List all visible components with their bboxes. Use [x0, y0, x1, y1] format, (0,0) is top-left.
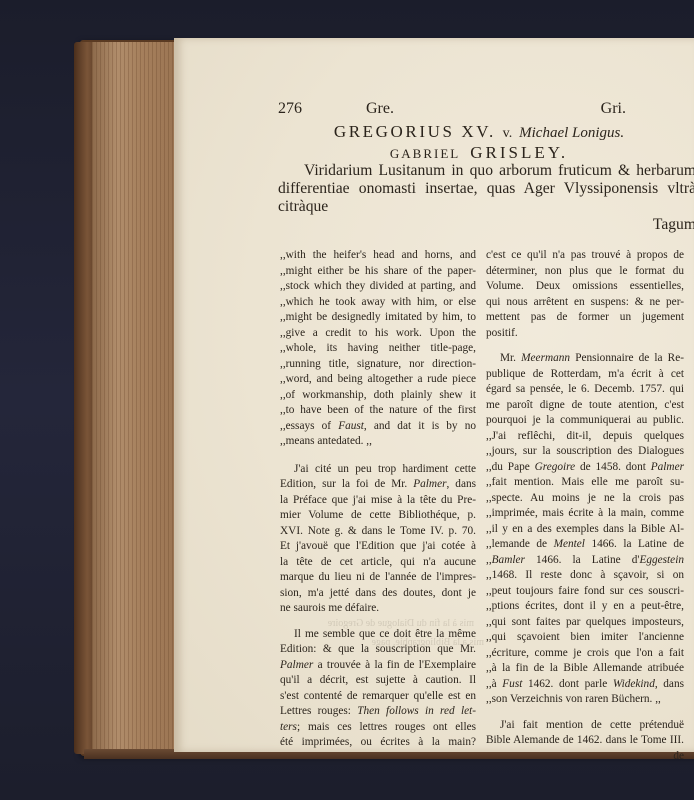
text-line: sion, m'a jetté dans des doutes, dont je — [280, 586, 476, 602]
text-line: ,,whole, its having neither title-page, — [280, 341, 476, 357]
text-fragment: de 1458. dont — [580, 461, 646, 473]
text-line: mettent pas de former un jugement — [486, 310, 684, 326]
italic-name: Eggestein — [639, 554, 684, 566]
text-fragment: , dans — [655, 678, 684, 690]
text-fragment: , and dat it is by no — [364, 420, 476, 432]
text-line: J'ai fait mention de cette prétenduë — [486, 718, 684, 734]
text-line: ,,ptions écrites, dont il y en a peut-êt… — [486, 599, 684, 615]
text-line: ,,of workmanship, doth plainly shew it — [280, 388, 476, 404]
paragraph: J'ai cité un peu trop hardiment cette Ed… — [280, 462, 476, 617]
text-line: ,,il y en a des exemples dans la Bible A… — [486, 522, 684, 538]
italic-name: Palmer — [651, 461, 684, 473]
text-line: ,,to have been of the nature of the firs… — [280, 403, 476, 419]
text-line: ,,specte. Au moins je ne la crois pas — [486, 491, 684, 507]
author-first-name: Gabriel — [390, 146, 460, 161]
book-title-text: Viridarium Lusitanum in quo arborum frut… — [278, 162, 694, 215]
text-line: été imprimées, ou écrites à la main? — [280, 735, 476, 751]
text-line: me paroît digne de toute atention, c'est — [486, 398, 684, 414]
text-fragment: Lettres rouges: — [280, 705, 351, 717]
show-through-text: mis a la Bibliographie, page — [294, 637, 484, 648]
text-line: ,,word, and being altogether a rude piec… — [280, 372, 476, 388]
text-fragment: a trouvée à la fin de l'Exemplaire — [318, 659, 476, 671]
book-page: 276 Gre. Gri. GREGORIUS XV. v. Michael L… — [174, 38, 694, 752]
text-line: ,,écriture, comme je crois que l'on a fa… — [486, 646, 684, 662]
text-line: qui nous arrêtent en suspens: & ne per- — [486, 295, 684, 311]
text-line: ,,peut toujours faire fond sur ces sousc… — [486, 584, 684, 600]
running-head-left: Gre. — [366, 100, 394, 118]
text-fragment: Edition, sur la foi de Mr. — [280, 478, 407, 490]
italic-name: Gregoire — [535, 461, 576, 473]
text-line: Bible Alemande de 1462. dans le Tome III… — [486, 733, 684, 749]
text-line: Volume. Deux omissions essentielles, — [486, 279, 684, 295]
text-line: ,,qui sçavoient bien imiter l'ancienne — [486, 630, 684, 646]
text-line: marque du lieu ni de l'année de l'impres… — [280, 570, 476, 586]
text-line: ,,son Verzeichnis von raren Büchern. ,, — [486, 692, 684, 708]
text-line: qu'il a décrit, est sujette à caution. I… — [280, 673, 476, 689]
text-line: égard sa pensée, le 6. Decemb. 1757. qui — [486, 382, 684, 398]
italic-name: Faust — [338, 420, 364, 432]
text-fragment: ,,lemande de — [486, 538, 547, 550]
text-line: s'est contenté de remarquer qu'elle est … — [280, 689, 476, 705]
page-content: 276 Gre. Gri. GREGORIUS XV. v. Michael L… — [174, 38, 694, 752]
italic-name: Palmer — [280, 659, 313, 671]
text-line: c'est ce qu'il n'a pas trouvé à propos d… — [486, 248, 684, 264]
text-line: la Préface que j'ai mise à la tête du Pr… — [280, 493, 476, 509]
text-line: pourquoi je la communiquerai au public. — [486, 413, 684, 429]
text-fragment: ,,du Pape — [486, 461, 530, 473]
italic-name: Palmer — [413, 478, 446, 490]
page-block-edge — [92, 42, 176, 750]
right-column: c'est ce qu'il n'a pas trouvé à propos d… — [486, 248, 684, 772]
text-line: Et j'avouë que l'Edition que j'ai cotée … — [280, 539, 476, 555]
text-line: ,,lemande de Mentel 1466. la Latine de — [486, 537, 684, 553]
paragraph: J'ai fait mention de cette prétenduë Bib… — [486, 718, 684, 765]
text-line: positif. — [486, 326, 684, 342]
text-line: Lettres rouges: Then follows in red let- — [280, 704, 476, 720]
text-line: publique de Rotterdam, m'a écrit à cet — [486, 367, 684, 383]
text-line: ,,might either be his share of the paper… — [280, 264, 476, 280]
text-line: ,,à Fust 1462. dont parle Widekind, dans — [486, 677, 684, 693]
text-line: Mr. Meermann Pensionnaire de la Re- — [486, 351, 684, 367]
text-line: ,,imprimée, mais écrite à la main, comme — [486, 506, 684, 522]
text-line: ,,Bamler 1466. la Latine d'Eggestein — [486, 553, 684, 569]
text-line: J'ai cité un peu trop hardiment cette — [280, 462, 476, 478]
quote-paragraph: ,,with the heifer's head and horns, and … — [280, 248, 476, 450]
text-line: ,,qui sont faites par quelques imposteur… — [486, 615, 684, 631]
left-column: ,,with the heifer's head and horns, and … — [280, 248, 476, 759]
paragraph: Mr. Meermann Pensionnaire de la Re- publ… — [486, 351, 684, 708]
text-line: ,,J'ai reflêchi, dit-il, depuis quelques — [486, 429, 684, 445]
text-line: mier Volume de cette Bibliothéque, p. — [280, 508, 476, 524]
text-line: ne saurois me défaire. — [280, 601, 476, 617]
entry-heading-ref: Michael Lonigus. — [519, 125, 624, 141]
text-fragment: ; mais ces lettres rouges ont elles — [297, 721, 476, 733]
entry-heading-main: GREGORIUS XV. — [334, 122, 496, 141]
text-line: ,,means antedated. ,, — [280, 434, 476, 450]
text-line: ,,stock which they divided at parting, a… — [280, 279, 476, 295]
running-head-right: Gri. — [601, 100, 626, 118]
show-through-text: mis à la fin du Dialogue de Gregoire — [284, 618, 474, 629]
text-fragment: Pensionnaire de la Re- — [575, 352, 684, 364]
page-number: 276 — [278, 100, 302, 118]
text-fragment: Mr. — [500, 352, 516, 364]
text-line: ,,à la fin de la Bible Allemande atribué… — [486, 661, 684, 677]
paragraph: c'est ce qu'il n'a pas trouvé à propos d… — [486, 248, 684, 341]
text-line: ters; mais ces lettres rouges ont elles — [280, 720, 476, 736]
text-line: Palmer a trouvée à la fin de l'Exemplair… — [280, 658, 476, 674]
text-line: ,,might be designedly imitated by him, t… — [280, 310, 476, 326]
text-line: ,,du Pape Gregoire de 1458. dont Palmer — [486, 460, 684, 476]
book-title-last-line: Tagum — [278, 216, 694, 234]
italic-quote: ters — [280, 721, 297, 733]
book-title: Viridarium Lusitanum in quo arborum frut… — [278, 162, 694, 234]
author-heading: GabrielGRISLEY. — [278, 143, 680, 163]
entry-heading: GREGORIUS XV. v. Michael Lonigus. — [278, 122, 680, 142]
entry-heading-see: v. — [503, 126, 513, 141]
italic-name: Fust — [502, 678, 522, 690]
italic-name: Bamler — [492, 554, 525, 566]
italic-name: Mentel — [554, 538, 585, 550]
text-fragment: 1466. la Latine d' — [536, 554, 639, 566]
text-line: ,,running title, signature, nor directio… — [280, 357, 476, 373]
running-head: 276 Gre. Gri. — [278, 100, 680, 120]
italic-quote: Then follows in red let- — [357, 705, 476, 717]
text-line: déterminer, non plus que le format du — [486, 264, 684, 280]
text-fragment: , dans — [446, 478, 476, 490]
text-fragment: 1462. dont parle — [528, 678, 607, 690]
text-line: la tête de cet article, qui n'a aucune — [280, 555, 476, 571]
italic-name: Meermann — [521, 352, 570, 364]
catchword: de — [486, 749, 684, 765]
text-fragment: ,,à — [486, 678, 497, 690]
text-fragment: ,,essays of — [280, 420, 331, 432]
text-line: Edition, sur la foi de Mr. Palmer, dans — [280, 477, 476, 493]
author-last-name: GRISLEY. — [470, 143, 568, 162]
text-line: ,,essays of Faust, and dat it is by no — [280, 419, 476, 435]
text-line: ,,1468. Il reste donc à sçavoir, si on — [486, 568, 684, 584]
text-line: ,,give a credit to his work. Upon the — [280, 326, 476, 342]
text-fragment: 1466. la Latine de — [591, 538, 684, 550]
text-line: ,,fait mention. Mais elle me paroît su- — [486, 475, 684, 491]
text-line: XVI. Note g. & dans le Tome IV. p. 70. — [280, 524, 476, 540]
text-line: ,,with the heifer's head and horns, and — [280, 248, 476, 264]
italic-name: Widekind — [613, 678, 655, 690]
text-line: ,,which he took away with him, or else — [280, 295, 476, 311]
text-line: ,,jours, sur la souscription des Dialogu… — [486, 444, 684, 460]
